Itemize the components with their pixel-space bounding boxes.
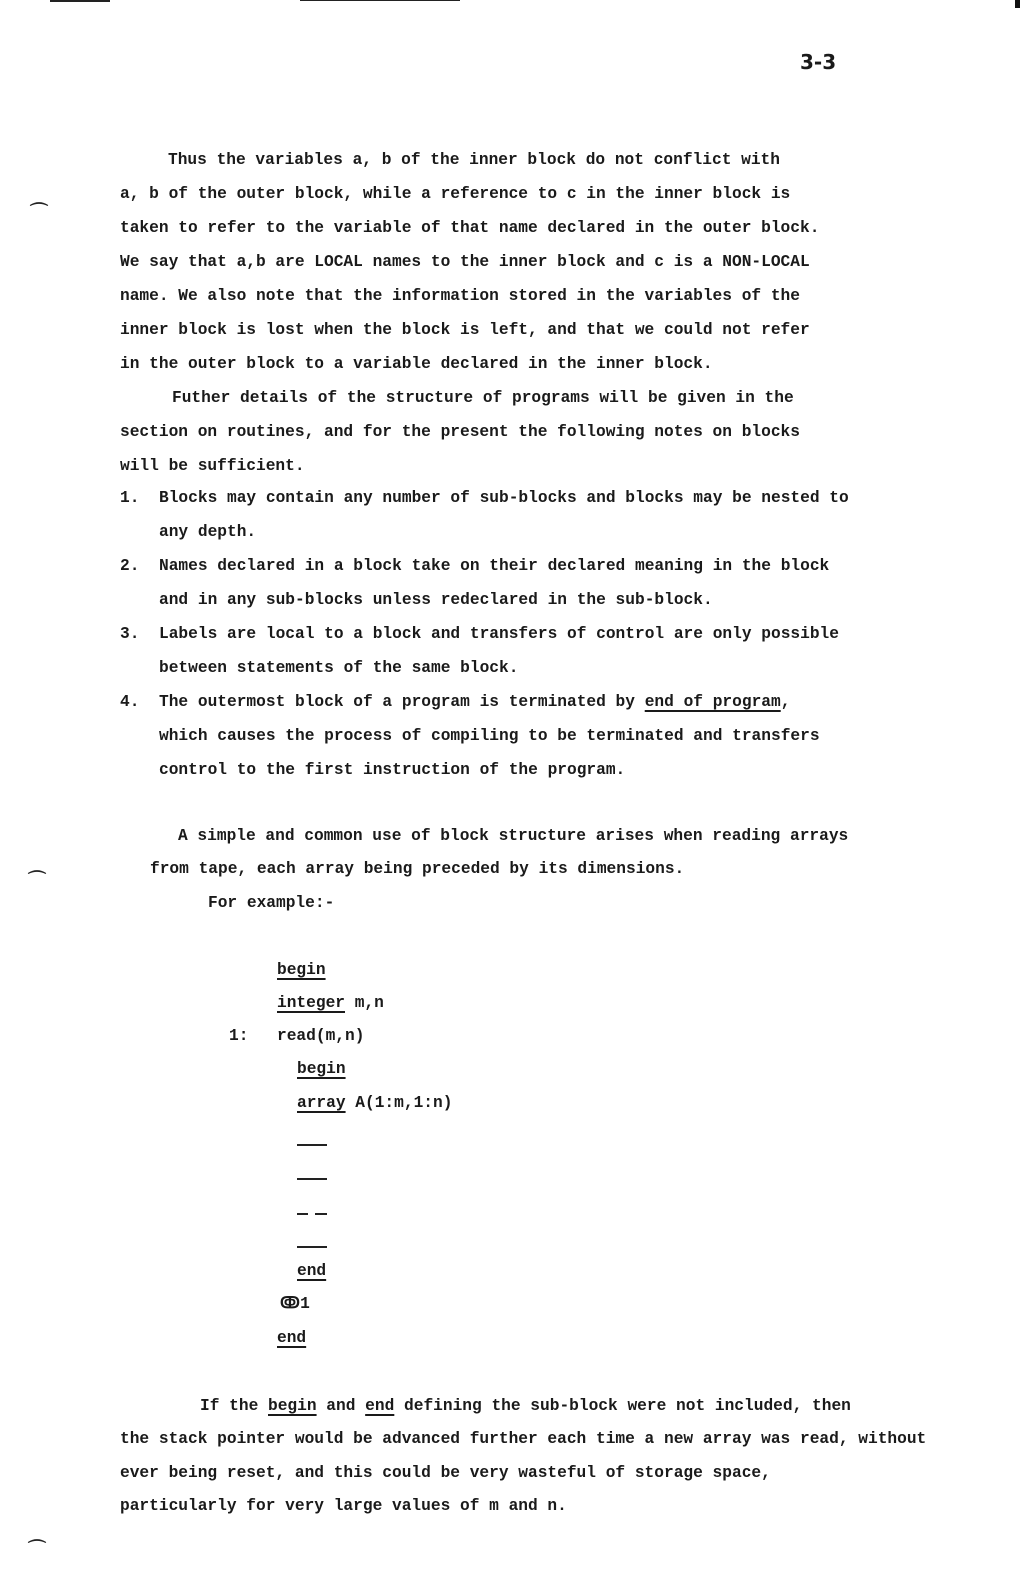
text-line: name. We also note that the information …	[120, 288, 800, 304]
punch-mark-icon: ⌒	[28, 866, 46, 892]
example-label: For example:-	[208, 895, 334, 911]
text-line: taken to refer to the variable of that n…	[120, 220, 819, 236]
code-end-inner: end	[297, 1263, 326, 1279]
text-line: a, b of the outer block, while a referen…	[120, 186, 790, 202]
note-text-part: The outermost block of a program is term…	[159, 693, 645, 711]
text-line: We say that a,b are LOCAL names to the i…	[120, 254, 810, 270]
note-text: control to the first instruction of the …	[159, 762, 625, 778]
keyword-begin: begin	[268, 1397, 317, 1415]
note-number: 1.	[120, 490, 139, 506]
placeholder-line	[297, 1144, 327, 1146]
text-line: A simple and common use of block structu…	[178, 828, 848, 844]
code-array-decl: array A(1:m,1:n)	[297, 1095, 452, 1111]
text-line: in the outer block to a variable declare…	[120, 356, 713, 372]
note-text: The outermost block of a program is term…	[159, 694, 790, 710]
text-line: inner block is lost when the block is le…	[120, 322, 810, 338]
scan-edge-top-left	[50, 0, 110, 2]
text-line: If the begin and end defining the sub-bl…	[200, 1398, 851, 1414]
placeholder-line	[297, 1213, 308, 1215]
punch-mark-icon: ⌒	[28, 1535, 46, 1561]
keyword-end-of-program: end of program	[645, 693, 781, 711]
code-text: m,n	[345, 994, 384, 1012]
code-goto: ↂ1	[280, 1296, 310, 1312]
text-line: Thus the variables a, b of the inner blo…	[168, 152, 780, 168]
text-line: from tape, each array being preceded by …	[150, 861, 684, 877]
text-line: the stack pointer would be advanced furt…	[120, 1431, 926, 1447]
note-number: 2.	[120, 558, 139, 574]
code-begin-outer: begin	[277, 962, 326, 978]
note-text: which causes the process of compiling to…	[159, 728, 820, 744]
note-number: 3.	[120, 626, 139, 642]
scan-edge-top-mid	[300, 0, 460, 1]
text-line: particularly for very large values of m …	[120, 1498, 567, 1514]
text-part: defining the sub-block were not included…	[394, 1397, 851, 1415]
punctuation: ,	[781, 693, 791, 711]
text-line: Futher details of the structure of progr…	[172, 390, 794, 406]
keyword-end: end	[365, 1397, 394, 1415]
keyword-array: array	[297, 1094, 346, 1112]
note-text: Names declared in a block take on their …	[159, 558, 829, 574]
note-text: between statements of the same block.	[159, 660, 518, 676]
text-part: If the	[200, 1397, 268, 1415]
placeholder-line	[315, 1213, 327, 1215]
note-text: and in any sub-blocks unless redeclared …	[159, 592, 713, 608]
code-integer-decl: integer m,n	[277, 995, 384, 1011]
text-line: will be sufficient.	[120, 458, 305, 474]
punch-mark-icon: ⌒	[30, 198, 48, 224]
page-number: 3-3	[800, 50, 836, 74]
text-line: ever being reset, and this could be very…	[120, 1465, 771, 1481]
note-number: 4.	[120, 694, 139, 710]
code-begin-inner: begin	[297, 1061, 346, 1077]
code-read: read(m,n)	[277, 1028, 364, 1044]
code-label: 1:	[229, 1028, 248, 1044]
text-part: and	[317, 1397, 366, 1415]
keyword-integer: integer	[277, 994, 345, 1012]
text-line: section on routines, and for the present…	[120, 424, 800, 440]
placeholder-line	[297, 1178, 327, 1180]
placeholder-line	[297, 1246, 327, 1248]
note-text: Blocks may contain any number of sub-blo…	[159, 490, 849, 506]
note-text: Labels are local to a block and transfer…	[159, 626, 839, 642]
code-end-outer: end	[277, 1330, 306, 1346]
code-text: A(1:m,1:n)	[346, 1094, 453, 1112]
note-text: any depth.	[159, 524, 256, 540]
scan-edge-right	[1015, 0, 1020, 8]
